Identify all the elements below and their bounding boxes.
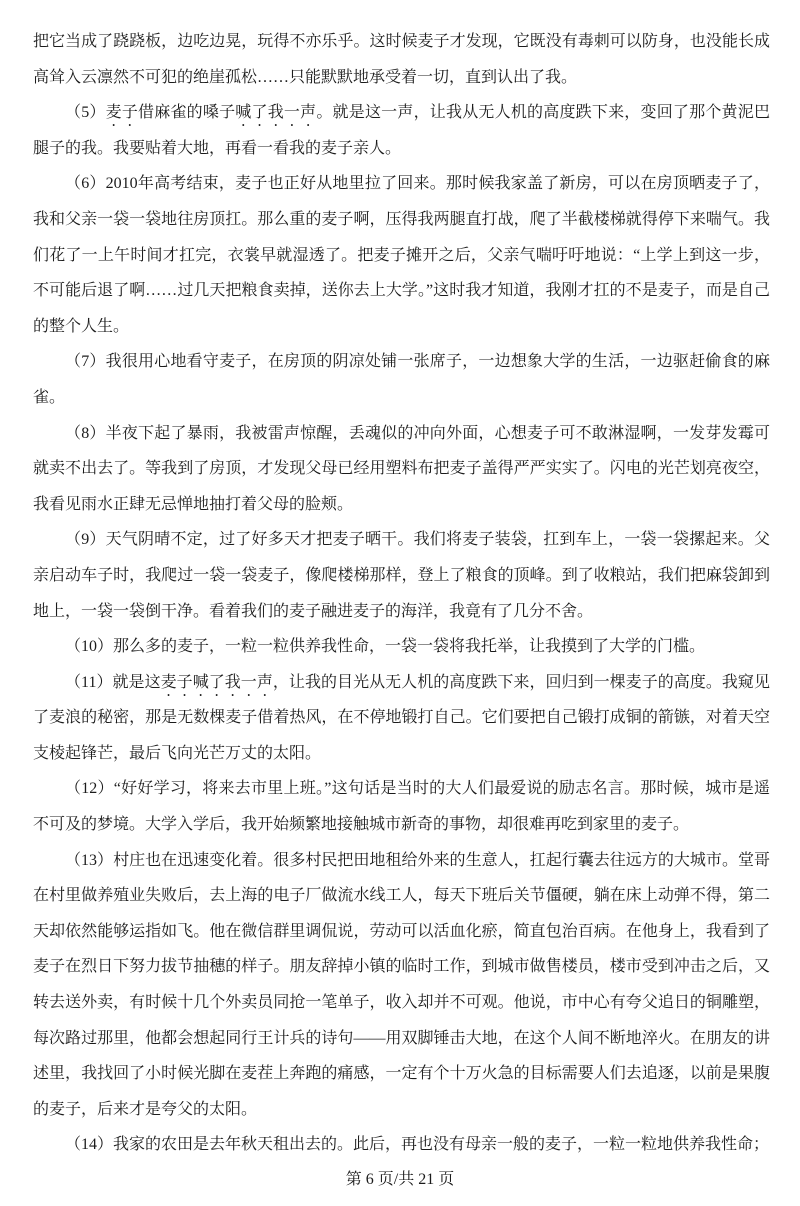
- text-segment: （8）半夜下起了暴雨，我被雷声惊醒，丢魂似的冲向外面，心想麦子可不敢淋湿啊，一发…: [33, 425, 770, 513]
- emphasized-text: 喊了我一声: [235, 104, 316, 121]
- passage: 把它当成了跷跷板，边吃边晃，玩得不亦乐乎。这时候麦子才发现，它既没有毒刺可以防身…: [0, 0, 800, 1163]
- paragraph: （10）那么多的麦子，一粒一粒供养我性命，一袋一袋将我托举，让我摸到了大学的门槛…: [33, 629, 770, 665]
- text-segment: （10）那么多的麦子，一粒一粒供养我性命，一袋一袋将我托举，让我摸到了大学的门槛…: [65, 638, 705, 655]
- text-segment: （11）就是这: [65, 674, 161, 691]
- text-segment: （14）我家的农田是去年秋天租出去的。此后，再也没有母亲一般的麦子，一粒一粒地供…: [65, 1136, 769, 1153]
- text-segment: （12）“好好学习，将来去市里上班。”这句话是当时的大人们最爱说的励志名言。那时…: [33, 780, 770, 833]
- paragraph: （5）麦子借麻雀的嗓子喊了我一声。就是这一声，让我从无人机的高度跌下来，变回了那…: [33, 95, 770, 166]
- paragraph: 把它当成了跷跷板，边吃边晃，玩得不亦乐乎。这时候麦子才发现，它既没有毒刺可以防身…: [33, 24, 770, 95]
- paragraph: （14）我家的农田是去年秋天租出去的。此后，再也没有母亲一般的麦子，一粒一粒地供…: [33, 1127, 770, 1163]
- document-page: 把它当成了跷跷板，边吃边晃，玩得不亦乐乎。这时候麦子才发现，它既没有毒刺可以防身…: [0, 0, 800, 1206]
- text-segment: （13）村庄也在迅速变化着。很多村民把田地租给外来的生意人，扛起行囊去往远方的大…: [33, 852, 770, 1118]
- paragraph: （12）“好好学习，将来去市里上班。”这句话是当时的大人们最爱说的励志名言。那时…: [33, 771, 770, 842]
- text-segment: （9）天气阴晴不定，过了好多天才把麦子晒干。我们将麦子装袋，扛到车上，一袋一袋摞…: [33, 531, 770, 619]
- text-segment: （7）我很用心地看守麦子，在房顶的阴凉处铺一张席子，一边想象大学的生活，一边驱赶…: [33, 353, 770, 406]
- text-segment: （5）: [65, 104, 106, 121]
- paragraph: （7）我很用心地看守麦子，在房顶的阴凉处铺一张席子，一边想象大学的生活，一边驱赶…: [33, 344, 770, 415]
- paragraph: （8）半夜下起了暴雨，我被雷声惊醒，丢魂似的冲向外面，心想麦子可不敢淋湿啊，一发…: [33, 416, 770, 523]
- text-segment: 把它当成了跷跷板，边吃边晃，玩得不亦乐乎。这时候麦子才发现，它既没有毒刺可以防身…: [33, 33, 770, 86]
- page-footer: 第 6 页/共 21 页: [0, 1165, 800, 1195]
- text-segment: 借麻雀的嗓子: [138, 104, 235, 121]
- page-number: 第 6 页/共 21 页: [346, 1171, 454, 1188]
- emphasized-text: 麦子: [106, 104, 138, 121]
- emphasized-text: 麦子喊了我一声: [161, 674, 273, 691]
- paragraph: （13）村庄也在迅速变化着。很多村民把田地租给外来的生意人，扛起行囊去往远方的大…: [33, 843, 770, 1128]
- text-segment: （6）2010年高考结束，麦子也正好从地里拉了回来。那时候我家盖了新房，可以在房…: [33, 175, 770, 334]
- paragraph: （6）2010年高考结束，麦子也正好从地里拉了回来。那时候我家盖了新房，可以在房…: [33, 166, 770, 344]
- paragraph: （11）就是这麦子喊了我一声，让我的目光从无人机的高度跌下来，回归到一棵麦子的高…: [33, 665, 770, 772]
- paragraph: （9）天气阴晴不定，过了好多天才把麦子晒干。我们将麦子装袋，扛到车上，一袋一袋摞…: [33, 522, 770, 629]
